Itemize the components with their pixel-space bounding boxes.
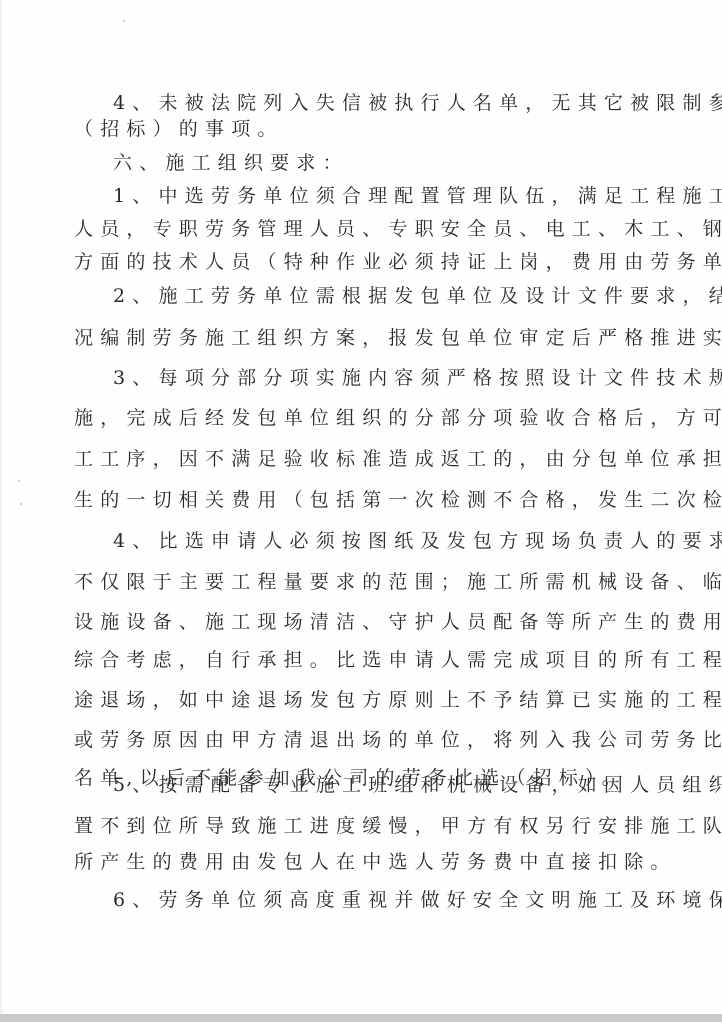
text-line: 置不到位所导致施工进度缓慢，甲方有权另行安排施工队伍进场施工， xyxy=(74,814,722,838)
scan-bottom-edge xyxy=(0,1014,722,1022)
text-line: 4、比选申请人必须按图纸及发包方现场负责人的要求施工，完成且 xyxy=(113,529,722,553)
text-line: 所产生的费用由发包人在中选人劳务费中直接扣除。 xyxy=(74,850,677,874)
text-line: 或劳务原因由甲方清退出场的单位，将列入我公司劳务比选（招标）黑 xyxy=(74,728,722,752)
text-line: 况编制劳务施工组织方案，报发包单位审定后严格推进实施。 xyxy=(74,326,722,350)
text-line: 途退场，如中途退场发包方原则上不予结算已实施的工程量；自行退场 xyxy=(74,688,722,712)
scan-speck xyxy=(20,503,22,505)
text-line: （招标）的事项。 xyxy=(74,117,284,141)
scan-left-edge xyxy=(0,0,3,1014)
text-line: 施，完成后经发包单位组织的分部分项验收合格后，方可进入下一道施 xyxy=(74,406,722,430)
text-line: 设施设备、施工现场清洁、守护人员配备等所产生的费用由比选申请人 xyxy=(74,610,722,634)
scan-speck xyxy=(640,580,642,582)
text-line: 工工序，因不满足验收标准造成返工的，由分包单位承担相应责任及产 xyxy=(74,447,722,471)
text-line: 5、按需配备专业施工班组和机械设备，如因人员组织或机械设备配 xyxy=(113,773,722,797)
text-line: 1、中选劳务单位须合理配置管理队伍，满足工程施工需要充足配备 xyxy=(113,184,722,208)
scan-speck xyxy=(123,20,125,22)
text-line: 4、未被法院列入失信被执行人名单，无其它被限制参与我公司比选 xyxy=(113,91,722,115)
text-line: 人员，专职劳务管理人员、专职安全员、电工、木工、钢筋工、泥工等 xyxy=(74,217,722,241)
text-line: 不仅限于主要工程量要求的范围；施工所需机械设备、临时用水用电及 xyxy=(74,570,722,594)
text-line: 6、劳务单位须高度重视并做好安全文明施工及环境保护等工作，并 xyxy=(113,888,722,912)
scanned-page: 4、未被法院列入失信被执行人名单，无其它被限制参与我公司比选 （招标）的事项。 … xyxy=(0,0,722,1014)
text-line: 3、每项分部分项实施内容须严格按照设计文件技术规范要求组织实 xyxy=(113,366,722,390)
section-heading: 六、施工组织要求： xyxy=(113,151,349,175)
text-line: 综合考虑，自行承担。比选申请人需完成项目的所有工程内容，不能中 xyxy=(74,648,722,672)
text-line: 生的一切相关费用（包括第一次检测不合格，发生二次检测费用等）。 xyxy=(74,488,722,512)
text-line: 2、施工劳务单位需根据发包单位及设计文件要求，结合项目实际情 xyxy=(113,284,722,308)
text-line: 方面的技术人员（特种作业必须持证上岗，费用由劳务单位自行承担）。 xyxy=(74,250,722,274)
scan-speck xyxy=(18,480,20,482)
